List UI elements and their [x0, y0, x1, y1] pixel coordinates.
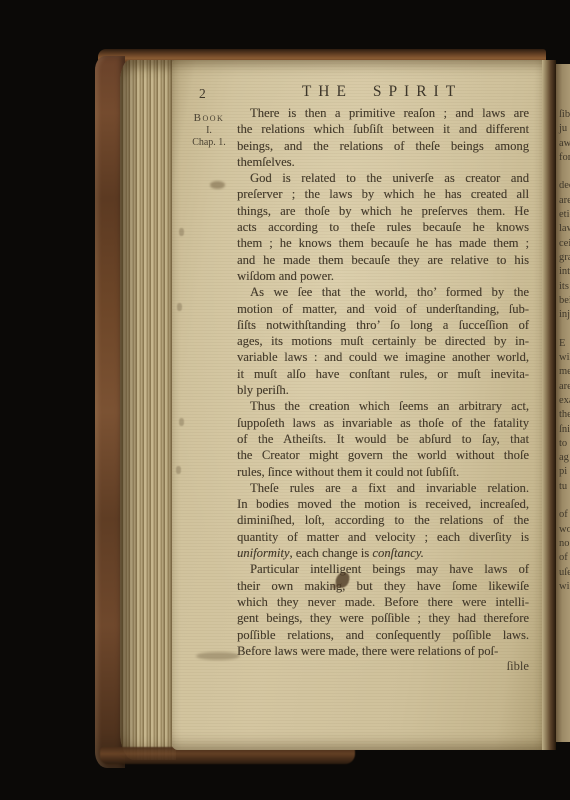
- text-line: quantity of matter and velocity ; each d…: [237, 529, 529, 545]
- book-page: 2 THE SPIRIT Book I. Chap. 1. There is t…: [172, 60, 542, 750]
- edge-fragment: tu: [559, 480, 570, 494]
- edge-fragment: are: [559, 380, 570, 394]
- text-line: wiſdom and power.: [237, 268, 529, 284]
- fore-edge-page-stack: [120, 60, 176, 760]
- text-line: ages, its motions muſt certainly be dire…: [237, 333, 529, 349]
- facing-page-text-fragments: ſibjuawfordecareetieslawceivgraintitsbei…: [556, 64, 570, 594]
- edge-fragment: ag: [559, 451, 570, 465]
- text-line: ſiſts notwithſtanding thro’ ſo long a ſu…: [237, 317, 529, 333]
- edge-fragment: pi: [559, 465, 570, 479]
- body-text: There is then a primitive reaſon ; and l…: [237, 105, 529, 659]
- text-line: themſelves.: [237, 154, 529, 170]
- margin-note-book: Book: [182, 112, 236, 125]
- edge-fragment: int: [559, 265, 570, 279]
- margin-note: Book I. Chap. 1.: [182, 112, 236, 150]
- text-line: Thus the creation which ſeems an arbitra…: [237, 398, 529, 414]
- edge-fragment: law: [559, 222, 570, 236]
- edge-fragment: uſe: [559, 566, 570, 580]
- text-line: Particular intelligent beings may have l…: [237, 561, 529, 577]
- margin-mark: [177, 303, 182, 311]
- text-line: uniformity, each change is conſtancy.: [237, 545, 529, 561]
- text-line: acts according to theſe rules becauſe he…: [237, 219, 529, 235]
- edge-fragment: ſni: [559, 423, 570, 437]
- edge-fragment: gra: [559, 251, 570, 265]
- text-line: There is then a primitive reaſon ; and l…: [237, 105, 529, 121]
- edge-fragment: eties: [559, 208, 570, 222]
- text-line: the Creator might govern the world witho…: [237, 447, 529, 463]
- text-line: preſerver ; the laws by which he has cre…: [237, 186, 529, 202]
- edge-fragment: inju: [559, 308, 570, 322]
- edge-fragment: its: [559, 280, 570, 294]
- text-line: ſuppoſeth laws as invariable as thoſe of…: [237, 415, 529, 431]
- text-line: As we ſee that the world, tho’ formed by…: [237, 284, 529, 300]
- text-line: God is related to the univerſe as creato…: [237, 170, 529, 186]
- edge-fragment: wo: [559, 523, 570, 537]
- edge-fragment: for: [559, 151, 570, 165]
- ink-smudge: [210, 181, 225, 189]
- gutter-shadow: [542, 60, 556, 750]
- faded-smear: [196, 652, 240, 660]
- edge-fragment: aw: [559, 137, 570, 151]
- edge-fragment: are: [559, 194, 570, 208]
- text-line: variable laws : and could we imagine ano…: [237, 349, 529, 365]
- margin-note-chapter: Chap. 1.: [182, 137, 236, 150]
- margin-note-numeral: I.: [182, 125, 236, 138]
- edge-fragment: ju: [559, 122, 570, 136]
- text-line: of the Atheiſts. It would be abſurd to ſ…: [237, 431, 529, 447]
- facing-page-sliver: ſibjuawfordecareetieslawceivgraintitsbei…: [556, 64, 570, 742]
- edge-fragment: to: [559, 437, 570, 451]
- text-line: motion of matter, and void of underſtand…: [237, 301, 529, 317]
- text-line: gent beings, they were poſſible ; they h…: [237, 610, 529, 626]
- edge-fragment: bei: [559, 294, 570, 308]
- page-number: 2: [199, 86, 206, 102]
- edge-fragment: the: [559, 408, 570, 422]
- text-line: which they never made. Before there were…: [237, 594, 529, 610]
- text-line: it muſt alſo have conſtant rules, or muſ…: [237, 366, 529, 382]
- edge-fragment: ceiv: [559, 237, 570, 251]
- text-line: Before laws were made, there were relati…: [237, 643, 529, 659]
- edge-fragment: of: [559, 551, 570, 565]
- text-line: diminiſhed, loſt, according to the relat…: [237, 512, 529, 528]
- text-line: bly periſh.: [237, 382, 529, 398]
- edge-fragment: me: [559, 365, 570, 379]
- edge-fragment: E: [559, 337, 570, 351]
- margin-mark: [176, 466, 181, 474]
- text-line: rules, ſince without them it could not ſ…: [237, 464, 529, 480]
- text-line: Theſe rules are a fixt and invariable re…: [237, 480, 529, 496]
- text-line: In bodies moved the motion is received, …: [237, 496, 529, 512]
- edge-fragment: no: [559, 537, 570, 551]
- running-head: THE SPIRIT: [232, 83, 532, 101]
- edge-fragment: ſib: [559, 108, 570, 122]
- text-line: beings, and the relations of theſe being…: [237, 138, 529, 154]
- text-line: their own making, but they have ſome lik…: [237, 578, 529, 594]
- edge-fragment: exa: [559, 394, 570, 408]
- edge-fragment: dec: [559, 179, 570, 193]
- text-line: poſſible relations, and conſequently poſ…: [237, 627, 529, 643]
- text-line: and he made them becauſe they are relati…: [237, 252, 529, 268]
- edge-fragment: wil: [559, 351, 570, 365]
- edge-fragment: of: [559, 508, 570, 522]
- photo-background: 2 THE SPIRIT Book I. Chap. 1. There is t…: [0, 0, 570, 800]
- text-line: the relations which ſubſiſt between it a…: [237, 121, 529, 137]
- text-line: them ; he knows them becauſe he has made…: [237, 235, 529, 251]
- edge-fragment: [559, 494, 570, 508]
- margin-mark: [179, 418, 184, 426]
- catchword: ſible: [429, 659, 529, 674]
- edge-fragment: [559, 322, 570, 336]
- edge-fragment: [559, 165, 570, 179]
- margin-mark: [179, 228, 184, 236]
- edge-fragment: wi: [559, 580, 570, 594]
- text-line: things, are thoſe by which he preſerves …: [237, 203, 529, 219]
